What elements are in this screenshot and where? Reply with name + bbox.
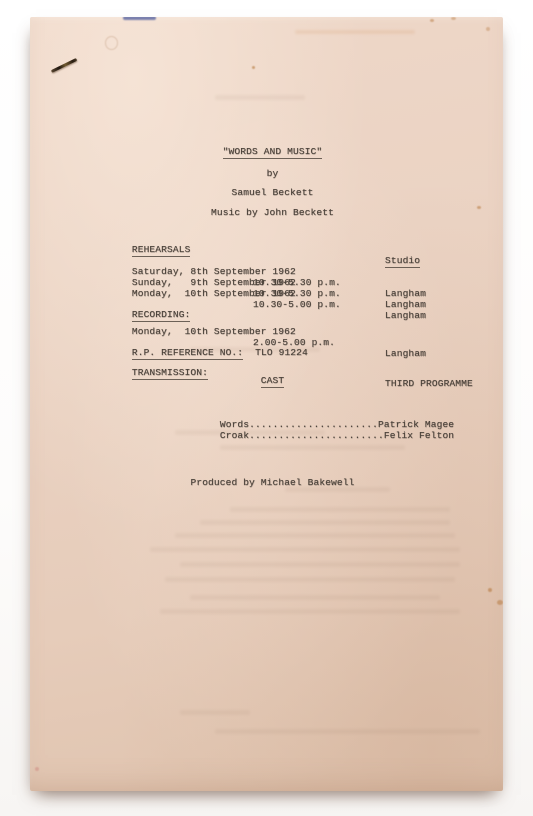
staple	[51, 58, 77, 73]
producer-credit: Produced by Michael Bakewell	[85, 477, 460, 488]
typed-content: "WORDS AND MUSIC" by Samuel Beckett Musi…	[85, 17, 460, 791]
author: Samuel Beckett	[85, 187, 460, 198]
page-title: "WORDS AND MUSIC"	[85, 146, 460, 157]
foxing-spot	[497, 600, 503, 605]
cast-role: Croak	[220, 430, 249, 441]
cast-heading: CAST	[261, 375, 284, 388]
photo-background: "WORDS AND MUSIC" by Samuel Beckett Musi…	[0, 0, 533, 816]
script-cover-page: "WORDS AND MUSIC" by Samuel Beckett Musi…	[30, 17, 503, 791]
foxing-spot	[477, 206, 481, 209]
foxing-spot	[35, 767, 39, 771]
cast-heading-row: CAST	[85, 375, 460, 386]
foxing-spot	[486, 27, 490, 31]
cast-row: Croak.......................Felix Felton	[173, 419, 454, 452]
foxing-spot	[488, 588, 492, 592]
cast-actor: Felix Felton	[384, 430, 454, 441]
page-title-text: "WORDS AND MUSIC"	[223, 146, 323, 159]
cast-dots: .......................	[249, 430, 384, 441]
byline: by	[85, 168, 460, 179]
music-credit: Music by John Beckett	[85, 207, 460, 218]
